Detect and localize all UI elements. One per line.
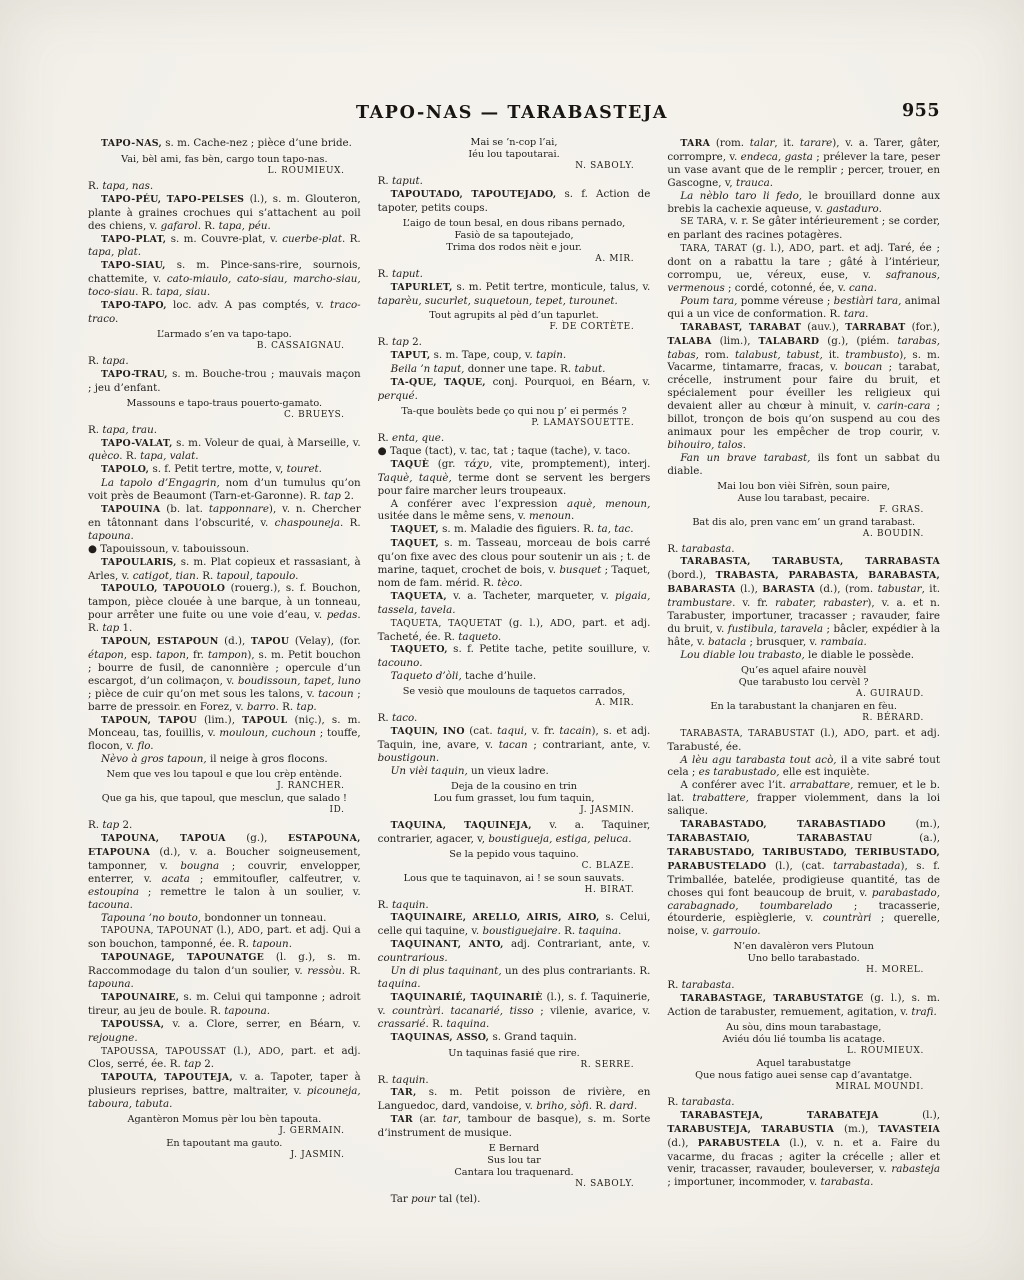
verse-line: Ause lou tarabast, pecaire. — [667, 493, 940, 505]
attribution: P. LAMAYSOUETTE. — [378, 418, 651, 429]
verse-line: Sus lou tar — [378, 1155, 651, 1167]
etymology-ref: R. taquin. — [378, 1074, 651, 1087]
attribution: J. GERMAIN. — [88, 1126, 361, 1137]
entry-paragraph: TARABASTA, TARABUSTAT (l.), ADO, part. e… — [667, 727, 940, 754]
verse-line: L’armado s’en va tapo-tapo. — [88, 329, 361, 341]
entry-paragraph: TAPOULARIS, s. m. Plat copieux et rassas… — [88, 556, 361, 583]
entry-paragraph: TAPOUSSA, v. a. Clore, serrer, en Béarn,… — [88, 1018, 361, 1045]
etymology-ref: R. tarabasta. — [667, 979, 940, 992]
attribution: MIRAL MOUNDI. — [667, 1082, 940, 1093]
verse-line: Que ga his, que tapoul, que mesclun, que… — [88, 793, 361, 805]
attribution: R. BÉRARD. — [667, 713, 940, 724]
attribution: F. GRAS. — [667, 505, 940, 516]
entry-paragraph: TAQUINAIRE, ARELLO, AIRIS, AIRO, s. Celu… — [378, 911, 651, 938]
verse-line: Ta-que boulèts bede ço qui nou p’ ei per… — [378, 406, 651, 418]
entry-paragraph: TARA (rom. talar, it. tarare), v. a. Tar… — [667, 137, 940, 190]
running-header: TAPO-NAS — TARABASTEJA — [0, 103, 1024, 123]
verse-line: N’en davalèron vers Plutoun — [667, 941, 940, 953]
verse-line: Au sòu, dins moun tarabastage, — [667, 1022, 940, 1034]
verse-line: L’aigo de toun besal, en dous ribans per… — [378, 218, 651, 230]
entry-paragraph: TAPOUNAIRE, s. m. Celui qui tamponne ; a… — [88, 991, 361, 1018]
entry-paragraph: TAQUINARIÉ, TAQUINARIÈ (l.), s. f. Taqui… — [378, 991, 651, 1031]
entry-paragraph: La nèblo taro li fedo, le brouillard don… — [667, 190, 940, 216]
entry-paragraph: TAPURLET, s. m. Petit tertre, monticule,… — [378, 281, 651, 308]
verse-line: Massouns e tapo-traus pouerto-gamato. — [88, 398, 361, 410]
entry-paragraph: TAPOUNA, TAPOUNAT (l.), ADO, part. et ad… — [88, 924, 361, 951]
entry-paragraph: TAPUT, s. m. Tape, coup, v. tapin. — [378, 349, 651, 363]
etymology-ref: R. taco. — [378, 712, 651, 725]
verse-line: E Bernard — [378, 1143, 651, 1155]
etymology-ref: R. tarabasta. — [667, 543, 940, 556]
entry-paragraph: SE TARA, v. r. Se gâter intérieurement ;… — [667, 215, 940, 242]
attribution: A. MIR. — [378, 698, 651, 709]
entry-paragraph: TAPOUNAGE, TAPOUNATGE (l. g.), s. m. Rac… — [88, 951, 361, 991]
columns: TAPO-NAS, s. m. Cache-nez ; pièce d’une … — [88, 137, 940, 1206]
attribution: J. RANCHER. — [88, 781, 361, 792]
verse-line: En tapoutant ma gauto. — [88, 1138, 361, 1150]
verse-line: Qu’es aquel afaire nouvèl — [667, 665, 940, 677]
attribution: H. BIRAT. — [378, 885, 651, 896]
verse-line: Cantara lou traquenard. — [378, 1167, 651, 1179]
entry-paragraph: TAR, s. m. Petit poisson de rivière, en … — [378, 1086, 651, 1113]
attribution: L. ROUMIEUX. — [667, 1046, 940, 1057]
entry-paragraph: TAPOULO, TAPOUOLO (rouerg.), s. f. Bouch… — [88, 582, 361, 635]
etymology-ref: R. tap 2. — [88, 819, 361, 832]
entry-paragraph: TAPO-TRAU, s. m. Bouche-trou ; mauvais m… — [88, 368, 361, 395]
entry-paragraph: TAPOUSSA, TAPOUSSAT (l.), ADO, part. et … — [88, 1045, 361, 1072]
entry-paragraph: TAQUINA, TAQUINEJA, v. a. Taquiner, cont… — [378, 819, 651, 846]
etymology-ref: R. tapa, trau. — [88, 424, 361, 437]
entry-paragraph: A lèu agu tarabasta tout acò, il a vite … — [667, 754, 940, 780]
attribution: N. SABOLY. — [378, 1179, 651, 1190]
verse-line: Se la pepido vous taquino. — [378, 849, 651, 861]
etymology-ref: R. tapa, nas. — [88, 180, 361, 193]
entry-paragraph: Nèvo à gros tapoun, il neige à gros floc… — [88, 753, 361, 766]
entry-paragraph: TAPOUNA, TAPOUA (g.), ESTAPOUNA, ETAPOUN… — [88, 832, 361, 911]
column-2: Mai se ’n-cop l’ai,Iéu lou tapoutarai.N.… — [378, 137, 651, 1206]
entry-paragraph: TAPOUTADO, TAPOUTEJADO, s. f. Action de … — [378, 188, 651, 215]
entry-paragraph: TAQUET, s. m. Tasseau, morceau de bois c… — [378, 537, 651, 590]
verse-line: Que nous fatigo auei sense cap d’avantat… — [667, 1070, 940, 1082]
verse-line: Aquel tarabustatge — [667, 1058, 940, 1070]
entry-paragraph: TAQUET, s. m. Maladie des figuiers. R. t… — [378, 523, 651, 537]
verse-line: Aviéu dóu lié toumba lis acatage. — [667, 1034, 940, 1046]
verse-line: Tout agrupits al pèd d’un tapurlet. — [378, 310, 651, 322]
entry-paragraph: TAPOUINA (b. lat. tapponnare), v. n. Che… — [88, 503, 361, 543]
entry-paragraph: TAPO-PÉU, TAPO-PELSES (l.), s. m. Gloute… — [88, 193, 361, 233]
attribution: A. GUIRAUD. — [667, 689, 940, 700]
entry-paragraph: TARABAST, TARABAT (auv.), TARRABAT (for.… — [667, 321, 940, 452]
entry-paragraph: TAPO-NAS, s. m. Cache-nez ; pièce d’une … — [88, 137, 361, 151]
column-3: TARA (rom. talar, it. tarare), v. a. Tar… — [667, 137, 940, 1189]
etymology-ref: R. tap 2. — [378, 336, 651, 349]
attribution: A. BOUDIN. — [667, 529, 940, 540]
dictionary-page: TAPO-NAS — TARABASTEJA 955 TAPO-NAS, s. … — [0, 0, 1024, 1280]
attribution: B. CASSAIGNAU. — [88, 341, 361, 352]
entry-paragraph: A conférer avec l’it. arrabattare, remue… — [667, 779, 940, 818]
entry-paragraph: La tapolo d’Engagrin, nom d’un tumulus q… — [88, 477, 361, 503]
attribution: ID. — [88, 805, 361, 816]
attribution: J. JASMIN. — [378, 805, 651, 816]
entry-paragraph: TARABASTEJA, TARABATEJA (l.), TARABUSTEJ… — [667, 1109, 940, 1189]
entry-paragraph: TAPOLO, s. f. Petit tertre, motte, v, to… — [88, 463, 361, 477]
entry-paragraph: TAR (ar. tar, tambour de basque), s. m. … — [378, 1113, 651, 1140]
attribution: A. MIR. — [378, 254, 651, 265]
verse-line: Vai, bèl ami, fas bèn, cargo toun tapo-n… — [88, 154, 361, 166]
attribution: H. MOREL. — [667, 965, 940, 976]
entry-paragraph: TAQUETO, s. f. Petite tache, petite soui… — [378, 643, 651, 670]
entry-paragraph: TARABASTA, TARABUSTA, TARRABASTA (bord.)… — [667, 555, 940, 648]
entry-paragraph: Un di plus taquinant, un des plus contra… — [378, 965, 651, 991]
verse-line: Que tarabusto lou cervèl ? — [667, 677, 940, 689]
entry-paragraph: TAPO-VALAT, s. m. Voleur de quai, à Mars… — [88, 437, 361, 464]
verse-line: Lou fum grasset, lou fum taquin, — [378, 793, 651, 805]
verse-line: Bat dis alo, pren vanc em’ un grand tara… — [667, 517, 940, 529]
entry-paragraph: TARABASTAGE, TARABUSTATGE (g. l.), s. m.… — [667, 992, 940, 1019]
entry-paragraph: Poum tara, pomme véreuse ; bestiàri tara… — [667, 295, 940, 321]
entry-paragraph: TAPOUN, ESTAPOUN (d.), TAPOU (Velay), (f… — [88, 635, 361, 713]
verse-line: Lous que te taquinavon, ai ! se soun sau… — [378, 873, 651, 885]
verse-line: Uno bello tarabastado. — [667, 953, 940, 965]
entry-paragraph: Beila ’n taput, donner une tape. R. tabu… — [378, 363, 651, 376]
verse-line: Trima dos rodos nèit e jour. — [378, 242, 651, 254]
attribution: F. DE CORTÈTE. — [378, 322, 651, 333]
verse-line: Nem que ves lou tapoul e que lou crèp en… — [88, 769, 361, 781]
verse-line: Se vesiò que moulouns de taquetos carrad… — [378, 686, 651, 698]
entry-paragraph: TAPO-TAPO, loc. adv. A pas comptés, v. t… — [88, 299, 361, 326]
etymology-ref: ● Taque (tact), v. tac, tat ; taque (tac… — [378, 445, 651, 458]
etymology-ref: R. tapa. — [88, 355, 361, 368]
entry-paragraph: TAQUETA, TAQUETAT (g. l.), ADO, part. et… — [378, 617, 651, 644]
entry-paragraph: TAQUINANT, ANTO, adj. Contrariant, ante,… — [378, 938, 651, 965]
entry-paragraph: TARABASTADO, TARABASTIADO (m.), TARABAST… — [667, 818, 940, 938]
entry-paragraph: TAPOUTA, TAPOUTEJA, v. a. Tapoter, taper… — [88, 1071, 361, 1111]
verse-line: Deja de la cousino en trin — [378, 781, 651, 793]
etymology-ref: ● Tapouissoun, v. tabouissoun. — [88, 543, 361, 556]
etymology-ref: R. taput. — [378, 175, 651, 188]
entry-paragraph: Taqueto d’òli, tache d’huile. — [378, 670, 651, 683]
verse-line: Mai lou bon vièi Sifrèn, soun paire, — [667, 481, 940, 493]
verse-line: Fasiò de sa tapoutejado, — [378, 230, 651, 242]
entry-paragraph: TAPO-PLAT, s. m. Couvre-plat, v. cuerbe-… — [88, 233, 361, 260]
attribution: C. BRUEYS. — [88, 410, 361, 421]
verse-line: Iéu lou tapoutarai. — [378, 149, 651, 161]
verse-line: Un taquinas fasié que rire. — [378, 1048, 651, 1060]
entry-paragraph: TAQUETA, v. a. Tacheter, marqueter, v. p… — [378, 590, 651, 617]
attribution: L. ROUMIEUX. — [88, 166, 361, 177]
page-number: 955 — [902, 101, 940, 121]
entry-paragraph: TA-QUE, TAQUE, conj. Pourquoi, en Béarn,… — [378, 376, 651, 403]
entry-paragraph: Tapouna ’no bouto, bondonner un tonneau. — [88, 912, 361, 925]
attribution: N. SABOLY. — [378, 161, 651, 172]
entry-paragraph: Fan un brave tarabast, ils font un sabba… — [667, 452, 940, 478]
entry-paragraph: TARA, TARAT (g. l.), ADO, part. et adj. … — [667, 242, 940, 295]
entry-paragraph: TAQUINAS, ASSO, s. Grand taquin. — [378, 1031, 651, 1045]
entry-paragraph: TAPO-SIAU, s. m. Pince-sans-rire, sourno… — [88, 259, 361, 299]
etymology-ref: R. taput. — [378, 268, 651, 281]
entry-paragraph: Un vièi taquin, un vieux ladre. — [378, 765, 651, 778]
verse-line: En la tarabustant la chanjaren en fèu. — [667, 701, 940, 713]
attribution: C. BLAZE. — [378, 861, 651, 872]
verse-line: Agantèron Momus pèr lou bèn tapouta. — [88, 1114, 361, 1126]
verse-line: Mai se ’n-cop l’ai, — [378, 137, 651, 149]
etymology-ref: R. taquin. — [378, 899, 651, 912]
attribution: R. SERRE. — [378, 1060, 651, 1071]
etymology-ref: R. tarabasta. — [667, 1096, 940, 1109]
attribution: J. JASMIN. — [88, 1150, 361, 1161]
entry-paragraph: TAQUIN, INO (cat. taqui, v. fr. tacain),… — [378, 725, 651, 765]
etymology-ref: R. enta, que. — [378, 432, 651, 445]
entry-paragraph: A conférer avec l’expression aquè, menou… — [378, 498, 651, 524]
entry-paragraph: Lou diable lou trabasto, le diable le po… — [667, 649, 940, 662]
column-1: TAPO-NAS, s. m. Cache-nez ; pièce d’une … — [88, 137, 361, 1162]
entry-paragraph: TAPOUN, TAPOU (lim.), TAPOUL (niç.), s. … — [88, 714, 361, 754]
entry-paragraph: Tar pour tal (tel). — [378, 1193, 651, 1206]
entry-paragraph: TAQUÈ (gr. τάχυ, vite, promptement), int… — [378, 458, 651, 498]
